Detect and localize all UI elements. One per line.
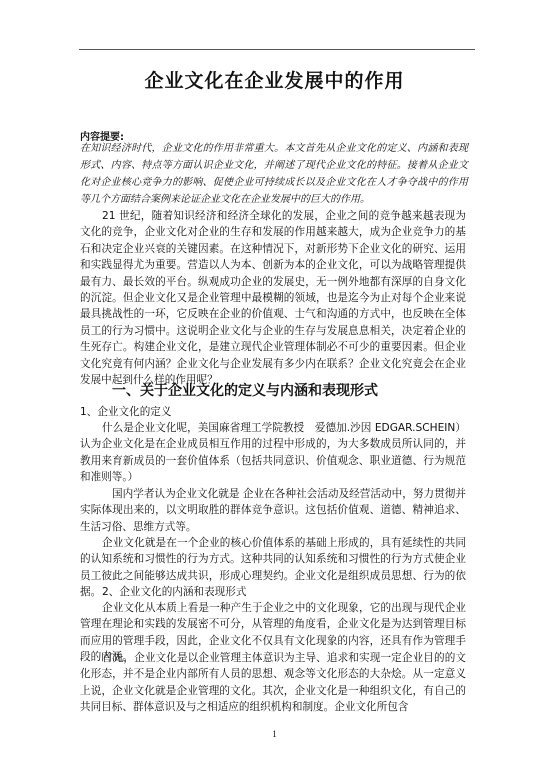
section-heading-1: 一、关于企业文化的定义与内涵和表现形式 [112, 380, 378, 400]
document-title: 企业文化在企业发展中的作用 [0, 66, 549, 93]
subsection-heading-2: 2、企业文化的内涵和表现形式 [80, 584, 466, 600]
intro-paragraph: 21 世纪，随着知识经济和经济全球化的发展，企业之间的竞争越来越表现为文化的竞争… [80, 208, 466, 388]
definition-paragraph-1: 什么是企业文化呢，美国麻省理工学院教授 爱德加.沙因 EDGAR.SCHEIN）… [80, 420, 466, 486]
definition-paragraph-2: 国内学者认为企业文化就是 企业在各种社会活动及经营活动中，努力贯彻并实际体现出来… [80, 486, 466, 535]
subsection-heading-1: 1、企业文化的定义 [80, 404, 466, 420]
header-rule [79, 49, 475, 50]
abstract-text: 在知识经济时代，企业文化的作用非常重大。本文首先从企业文化的定义、内涵和表现形式… [80, 140, 468, 208]
document-page: 企业文化在企业发展中的作用 内容提要: 在知识经济时代，企业文化的作用非常重大。… [0, 0, 549, 778]
content-paragraph-2: 首先，企业文化是以企业管理主体意识为主导、追求和实现一定企业目的的文化形态，并不… [80, 650, 466, 716]
page-number: 1 [0, 729, 549, 739]
